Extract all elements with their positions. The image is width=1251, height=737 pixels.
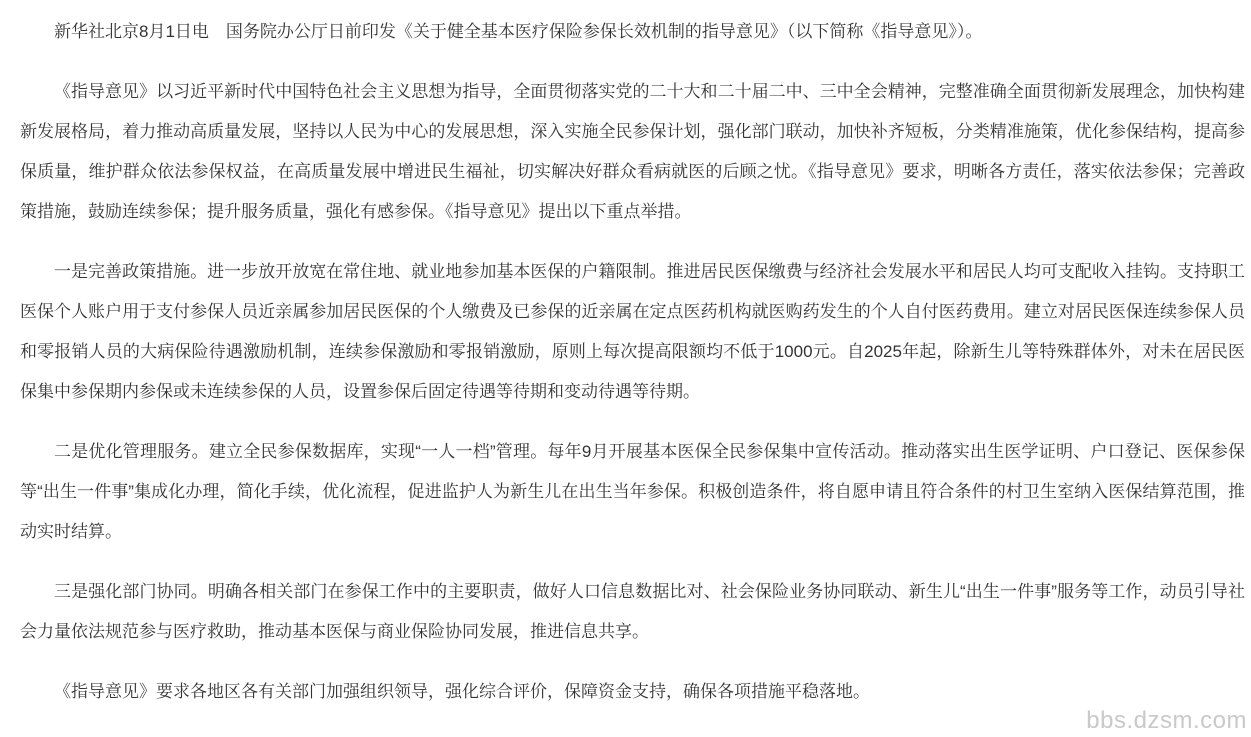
article-body: 新华社北京8月1日电 国务院办公厅日前印发《关于健全基本医疗保险参保长效机制的指… [0,0,1251,712]
paragraph: 《指导意见》以习近平新时代中国特色社会主义思想为指导，全面贯彻落实党的二十大和二… [20,72,1245,232]
watermark: bbs.dzsm.com [1086,707,1247,735]
paragraph: 《指导意见》要求各地区各有关部门加强组织领导，强化综合评价，保障资金支持，确保各… [20,672,1245,712]
paragraph: 三是强化部门协同。明确各相关部门在参保工作中的主要职责，做好人口信息数据比对、社… [20,572,1245,652]
paragraph: 新华社北京8月1日电 国务院办公厅日前印发《关于健全基本医疗保险参保长效机制的指… [20,12,1245,52]
paragraph: 一是完善政策措施。进一步放开放宽在常住地、就业地参加基本医保的户籍限制。推进居民… [20,252,1245,412]
paragraph: 二是优化管理服务。建立全民参保数据库，实现“一人一档”管理。每年9月开展基本医保… [20,432,1245,552]
